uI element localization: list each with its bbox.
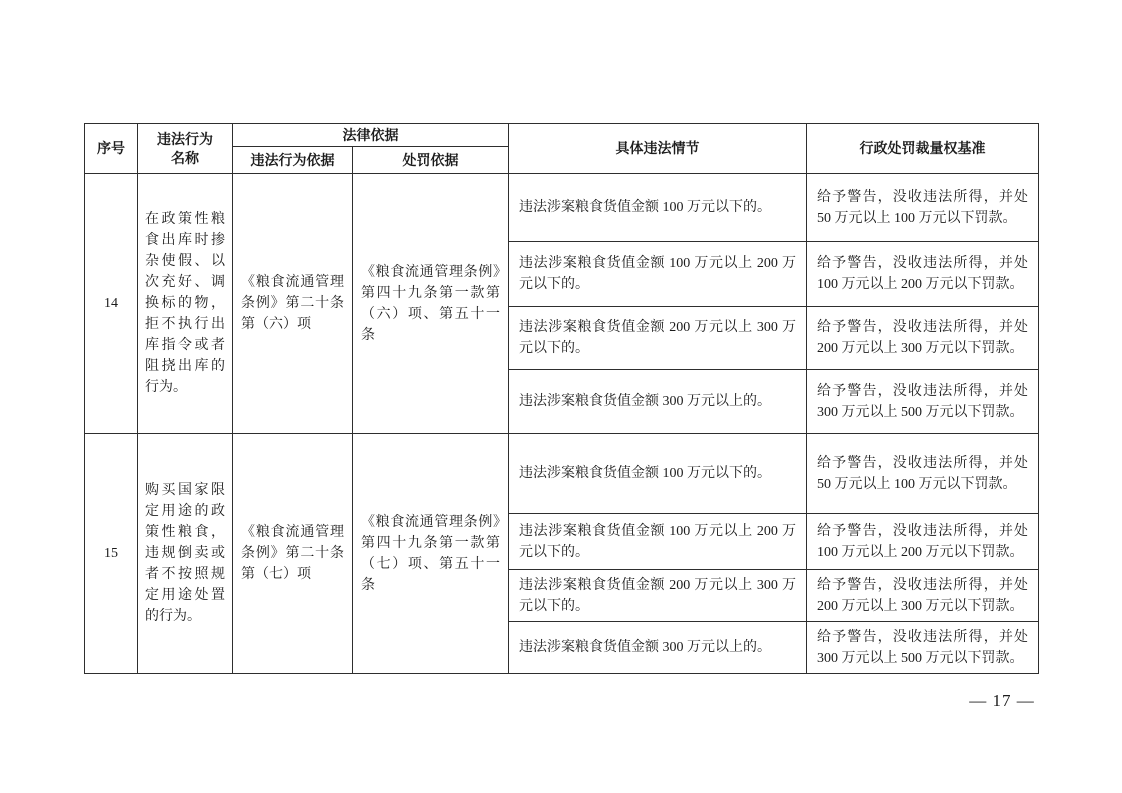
row-15-circumstance-2: 违法涉案粮食货值金额 100 万元以上 200 万元以下的。 [509, 514, 807, 570]
header-behavior-basis: 违法行为依据 [233, 147, 353, 174]
header-row-1: 序号 违法行为 名称 法律依据 具体违法情节 行政处罚裁量权基准 [85, 124, 1039, 147]
header-penalty-basis: 处罚依据 [353, 147, 509, 174]
penalty-table: 序号 违法行为 名称 法律依据 具体违法情节 行政处罚裁量权基准 违法行为依据 … [84, 123, 1039, 674]
row-14-circumstance-3: 违法涉案粮食货值金额 200 万元以上 300 万元以下的。 [509, 307, 807, 370]
row-15-seq: 15 [85, 434, 138, 674]
row-14-benchmark-2: 给予警告，没收违法所得，并处 100 万元以上 200 万元以下罚款。 [807, 242, 1039, 307]
row-14-benchmark-3: 给予警告，没收违法所得，并处 200 万元以上 300 万元以下罚款。 [807, 307, 1039, 370]
row-15-circumstance-1: 违法涉案粮食货值金额 100 万元以下的。 [509, 434, 807, 514]
row-14-benchmark-1: 给予警告，没收违法所得，并处 50 万元以上 100 万元以下罚款。 [807, 174, 1039, 242]
table-row-14-sub-1: 14 在政策性粮食出库时掺杂使假、以次充好、调换标的物，拒不执行出库指令或者阻挠… [85, 174, 1039, 242]
header-benchmark: 行政处罚裁量权基准 [807, 124, 1039, 174]
row-15-violation-name: 购买国家限定用途的政策性粮食，违规倒卖或者不按照规定用途处置的行为。 [138, 434, 233, 674]
page-number: — 17 — [922, 691, 1082, 711]
row-15-circumstance-3: 违法涉案粮食货值金额 200 万元以上 300 万元以下的。 [509, 570, 807, 622]
table-row-15-sub-1: 15 购买国家限定用途的政策性粮食，违规倒卖或者不按照规定用途处置的行为。 《粮… [85, 434, 1039, 514]
row-14-penalty-basis: 《粮食流通管理条例》第四十九条第一款第（六）项、第五十一条 [353, 174, 509, 434]
header-violation-name: 违法行为 名称 [138, 124, 233, 174]
row-15-behavior-basis: 《粮食流通管理条例》第二十条第（七）项 [233, 434, 353, 674]
header-circumstance: 具体违法情节 [509, 124, 807, 174]
row-14-circumstance-2: 违法涉案粮食货值金额 100 万元以上 200 万元以下的。 [509, 242, 807, 307]
row-14-violation-name: 在政策性粮食出库时掺杂使假、以次充好、调换标的物，拒不执行出库指令或者阻挠出库的… [138, 174, 233, 434]
row-15-benchmark-4: 给予警告，没收违法所得，并处 300 万元以上 500 万元以下罚款。 [807, 622, 1039, 674]
document-page: 序号 违法行为 名称 法律依据 具体违法情节 行政处罚裁量权基准 违法行为依据 … [0, 0, 1122, 793]
row-15-benchmark-3: 给予警告，没收违法所得，并处 200 万元以上 300 万元以下罚款。 [807, 570, 1039, 622]
row-15-benchmark-2: 给予警告，没收违法所得，并处 100 万元以上 200 万元以下罚款。 [807, 514, 1039, 570]
row-14-circumstance-4: 违法涉案粮食货值金额 300 万元以上的。 [509, 370, 807, 434]
header-legal-basis: 法律依据 [233, 124, 509, 147]
row-14-circumstance-1: 违法涉案粮食货值金额 100 万元以下的。 [509, 174, 807, 242]
row-15-penalty-basis: 《粮食流通管理条例》第四十九条第一款第（七）项、第五十一条 [353, 434, 509, 674]
row-14-benchmark-4: 给予警告，没收违法所得，并处 300 万元以上 500 万元以下罚款。 [807, 370, 1039, 434]
row-15-benchmark-1: 给予警告，没收违法所得，并处 50 万元以上 100 万元以下罚款。 [807, 434, 1039, 514]
row-14-behavior-basis: 《粮食流通管理条例》第二十条第（六）项 [233, 174, 353, 434]
row-15-circumstance-4: 违法涉案粮食货值金额 300 万元以上的。 [509, 622, 807, 674]
row-14-seq: 14 [85, 174, 138, 434]
header-seq: 序号 [85, 124, 138, 174]
